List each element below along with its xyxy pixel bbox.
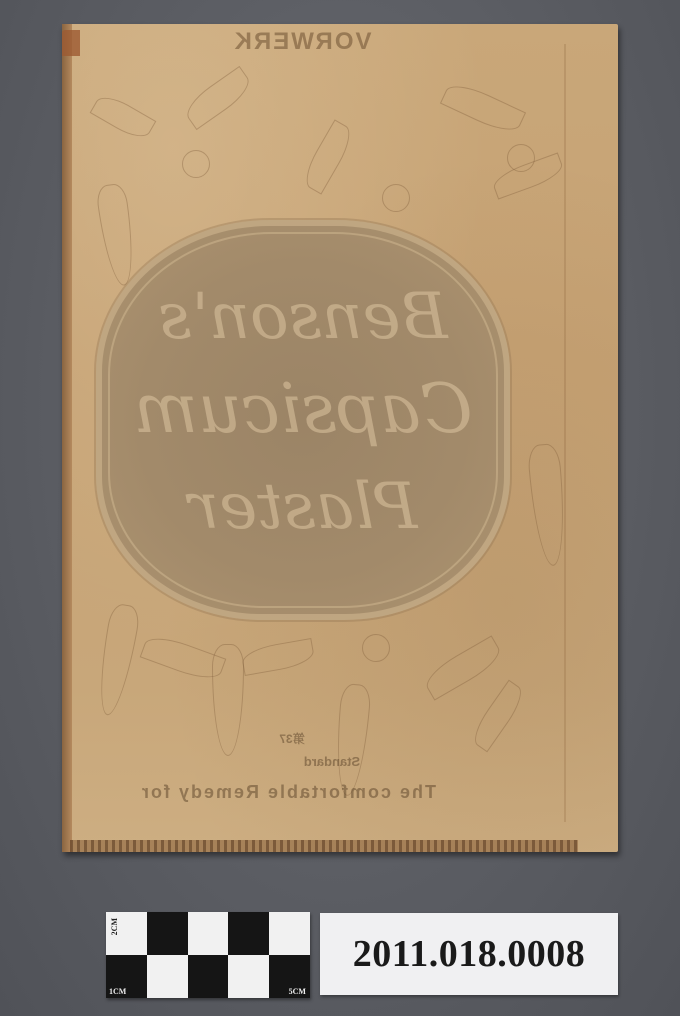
scale-square: 2CM: [106, 912, 147, 955]
scale-square: [228, 912, 269, 955]
leaf-icon: [468, 680, 529, 753]
accession-number: 2011.018.0008: [353, 932, 585, 976]
leaf-icon: [420, 635, 505, 700]
flower-icon: [362, 634, 390, 662]
title-line-1: Benson's: [96, 280, 510, 354]
scale-square: 1CM: [106, 955, 147, 998]
scale-label-1cm: 1CM: [109, 987, 126, 996]
leaf-icon: [140, 631, 227, 685]
leaf-icon: [90, 90, 157, 144]
scale-label-5cm: 5CM: [289, 987, 306, 996]
mirrored-small-word: Standard: [292, 754, 372, 769]
scale-square: [147, 955, 188, 998]
flower-icon: [382, 184, 410, 212]
torn-corner: [62, 30, 80, 56]
pepper-icon: [95, 182, 139, 287]
flower-icon: [507, 144, 535, 172]
fold-line: [564, 44, 566, 822]
flower-icon: [182, 150, 210, 178]
pepper-icon: [332, 683, 372, 797]
pepper-icon: [93, 602, 142, 718]
mirrored-bottom-line: The comfortable Remedy for: [108, 782, 468, 803]
accession-number-label: 2011.018.0008: [320, 913, 618, 995]
spine-edge: [62, 24, 72, 852]
scale-square: [188, 955, 229, 998]
scale-square: [269, 912, 310, 955]
leaf-icon: [240, 638, 315, 676]
scale-square: [188, 912, 229, 955]
title-line-3: Plaster: [96, 470, 510, 544]
mirrored-mark: 第37: [272, 730, 312, 747]
color-scale-bar: 2CM 1CM 5CM: [106, 912, 310, 998]
worn-bottom-edge: [70, 840, 578, 852]
leaf-icon: [180, 66, 255, 130]
scale-square: [147, 912, 188, 955]
title-cartouche: Benson's Capsicum Plaster: [96, 220, 510, 620]
scale-square: [228, 955, 269, 998]
booklet-back-cover: VORWERK Benson's Capsicum Plaster 第37 St…: [62, 24, 618, 852]
title-line-2: Capsicum: [96, 370, 510, 449]
leaf-icon: [299, 119, 358, 194]
mirrored-header-word: VORWERK: [212, 28, 392, 58]
pepper-icon: [527, 443, 570, 567]
scale-square: 5CM: [269, 955, 310, 998]
scale-label-2cm: 2CM: [110, 918, 119, 935]
leaf-icon: [440, 78, 526, 138]
